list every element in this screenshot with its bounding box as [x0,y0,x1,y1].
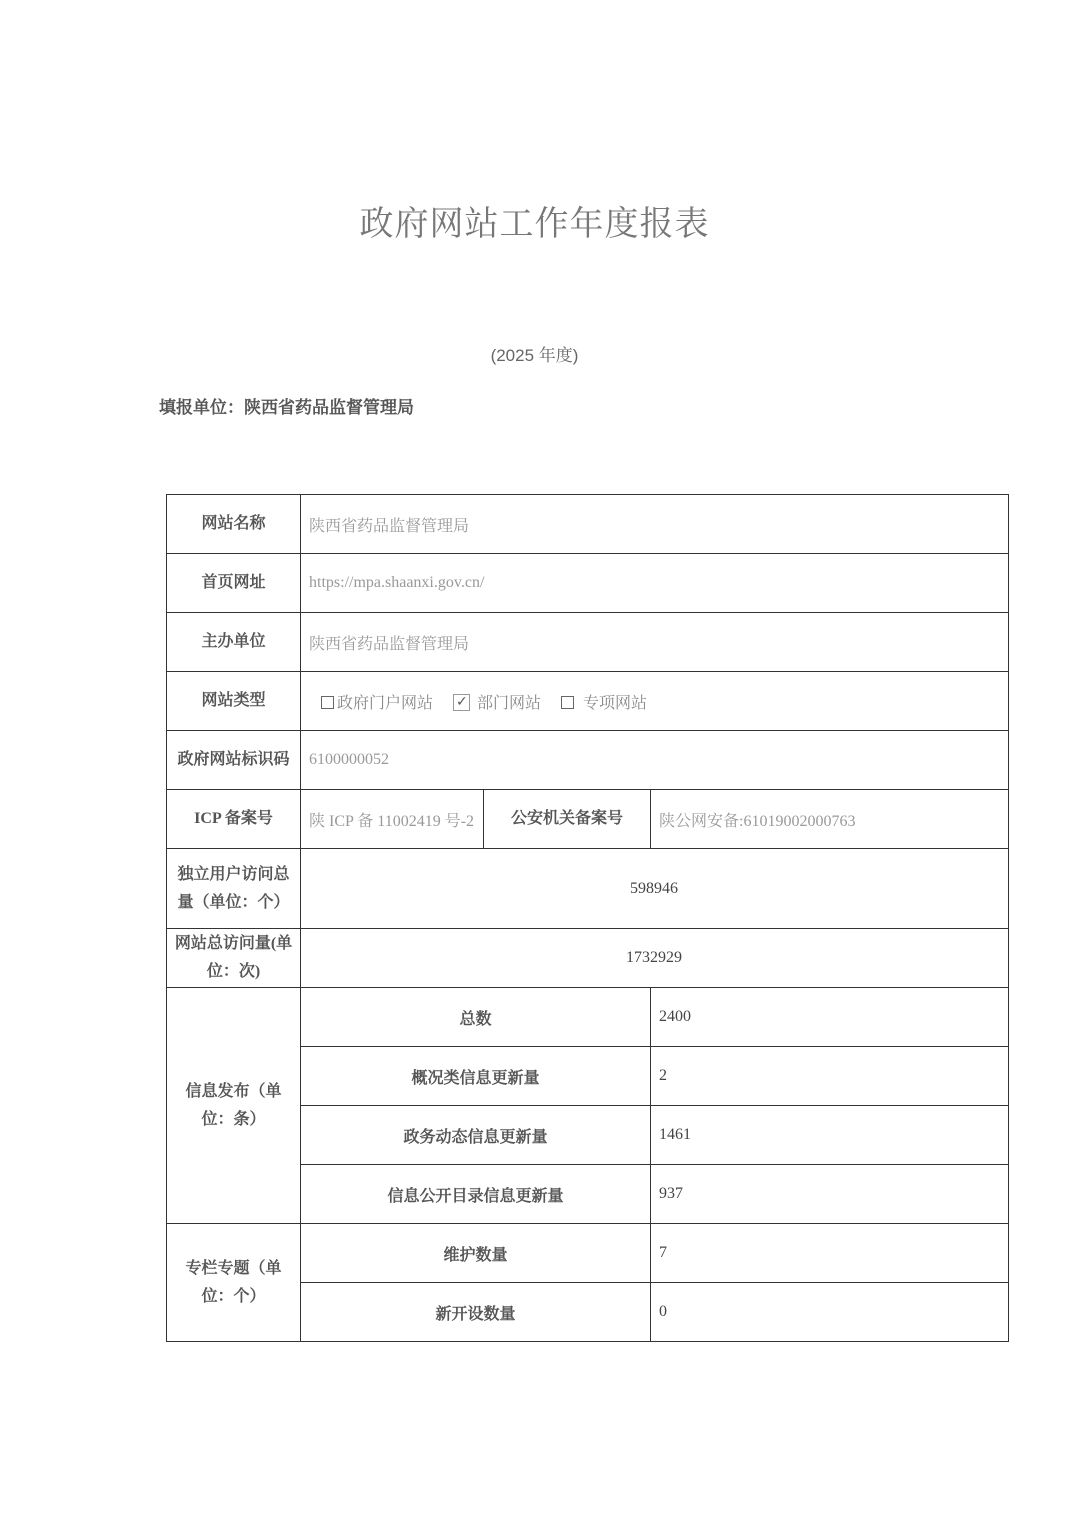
reporting-unit-value: 陕西省药品监督管理局 [244,398,414,417]
site-type-option-portal: 政府门户网站 [321,695,433,712]
info-item-label: 总数 [301,988,651,1047]
row-label-police-filing: 公安机关备案号 [484,790,651,849]
table-row: 网站名称 陕西省药品监督管理局 [167,495,1009,554]
table-row: 网站总访问量(单位：次) 1732929 [167,929,1009,988]
info-item-value: 937 [651,1165,1009,1224]
site-type-option-special: 专项网站 [561,695,647,712]
row-label-total-visits: 网站总访问量(单位：次) [167,929,301,988]
checkbox-checked-icon[interactable] [453,694,470,711]
table-row: 主办单位 陕西省药品监督管理局 [167,613,1009,672]
total-visits-value: 1732929 [301,929,1009,988]
row-label-site-type: 网站类型 [167,672,301,731]
site-type-option-label: 政府门户网站 [337,695,433,712]
site-type-options: 政府门户网站部门网站专项网站 [301,672,1009,731]
organizer-value: 陕西省药品监督管理局 [301,613,1009,672]
reporting-unit-line: 填报单位：陕西省药品监督管理局 [159,396,1069,420]
row-label-special-columns: 专栏专题（单位：个） [167,1224,301,1342]
site-type-option-label: 专项网站 [583,695,647,712]
site-type-option-department: 部门网站 [453,695,541,712]
info-item-value: 2 [651,1047,1009,1106]
site-type-option-label: 部门网站 [477,695,541,712]
info-item-value: 1461 [651,1106,1009,1165]
site-name-value: 陕西省药品监督管理局 [301,495,1009,554]
checkbox-unchecked-icon[interactable] [321,696,334,709]
info-item-label: 信息公开目录信息更新量 [301,1165,651,1224]
special-item-value: 0 [651,1283,1009,1342]
reporting-unit-label: 填报单位： [159,398,244,417]
table-row: 网站类型 政府门户网站部门网站专项网站 [167,672,1009,731]
home-url-value: https://mpa.shaanxi.gov.cn/ [301,554,1009,613]
row-label-site-code: 政府网站标识码 [167,731,301,790]
info-item-label: 概况类信息更新量 [301,1047,651,1106]
info-item-value: 2400 [651,988,1009,1047]
table-row: 专栏专题（单位：个） 维护数量 7 [167,1224,1009,1283]
table-row: ICP 备案号 陕 ICP 备 11002419 号-2 公安机关备案号 陕公网… [167,790,1009,849]
table-row: 独立用户访问总量（单位：个） 598946 [167,849,1009,929]
site-code-value: 6100000052 [301,731,1009,790]
page-title: 政府网站工作年度报表 [0,0,1069,247]
row-label-organizer: 主办单位 [167,613,301,672]
report-year: (2025 年度) [0,344,1069,368]
info-item-label: 政务动态信息更新量 [301,1106,651,1165]
row-label-home-url: 首页网址 [167,554,301,613]
special-item-label: 新开设数量 [301,1283,651,1342]
table-row: 首页网址 https://mpa.shaanxi.gov.cn/ [167,554,1009,613]
icp-value: 陕 ICP 备 11002419 号-2 [301,790,484,849]
row-label-site-name: 网站名称 [167,495,301,554]
unique-visitors-value: 598946 [301,849,1009,929]
row-label-info-publish: 信息发布（单位：条） [167,988,301,1224]
row-label-icp: ICP 备案号 [167,790,301,849]
annual-report-table: 网站名称 陕西省药品监督管理局 首页网址 https://mpa.shaanxi… [166,494,1009,1342]
police-filing-value: 陕公网安备:61019002000763 [651,790,1009,849]
table-row: 政府网站标识码 6100000052 [167,731,1009,790]
row-label-unique-visitors: 独立用户访问总量（单位：个） [167,849,301,929]
special-item-label: 维护数量 [301,1224,651,1283]
special-item-value: 7 [651,1224,1009,1283]
table-row: 信息发布（单位：条） 总数 2400 [167,988,1009,1047]
checkbox-unchecked-icon[interactable] [561,696,574,709]
